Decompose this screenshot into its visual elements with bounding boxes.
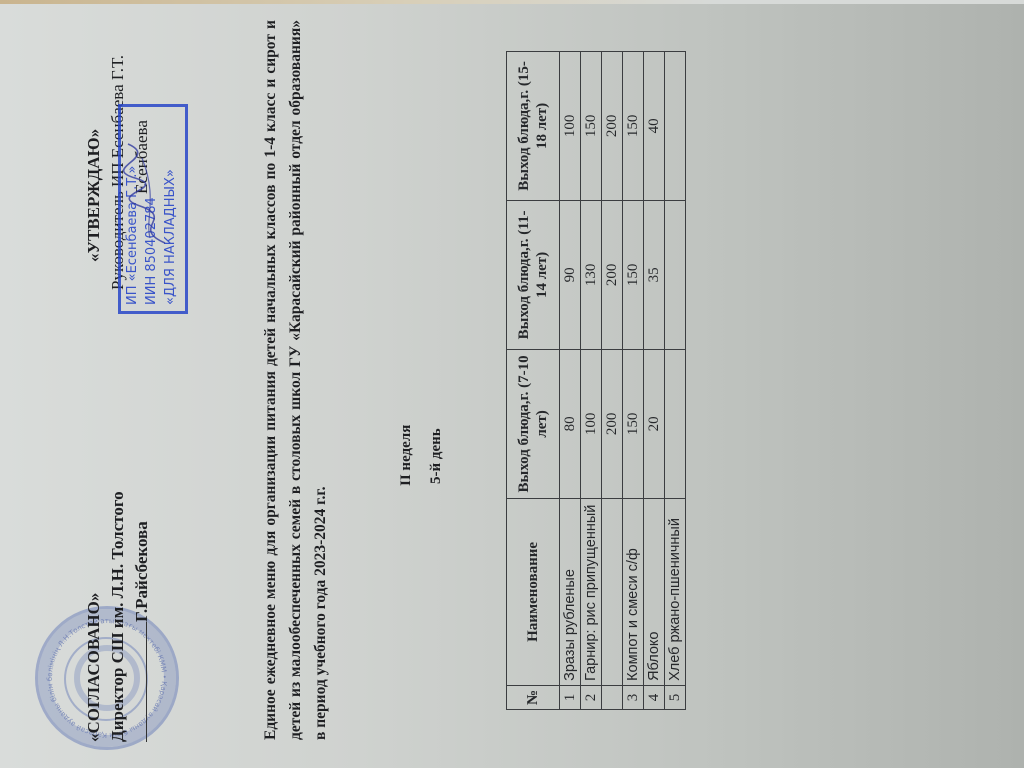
table-row: 200200200 [602, 51, 623, 709]
row-num: 5 [665, 685, 686, 709]
table-row: 5Хлеб ржано-пшеничный [665, 51, 686, 709]
row-val-15-18: 40 [644, 51, 665, 200]
menu-table: № Наименование Выход блюда,г. (7-10 лет)… [506, 51, 686, 710]
row-val-11-14 [665, 200, 686, 349]
row-val-7-10: 100 [581, 349, 602, 498]
col-header-name: Наименование [507, 498, 560, 685]
menu-title: Единое ежедневное меню для организации п… [258, 20, 333, 740]
row-num: 4 [644, 685, 665, 709]
table-header-row: № Наименование Выход блюда,г. (7-10 лет)… [507, 51, 560, 709]
col-header-15-18: Выход блюда,г. (15-18 лет) [507, 51, 560, 200]
row-val-15-18 [665, 51, 686, 200]
agreed-position: Директор СШ им. Л.Н. Толстого [106, 491, 130, 742]
row-num: 2 [581, 685, 602, 709]
agreed-signer-line: Г.Райсбекова [130, 491, 154, 742]
signature-scribble [120, 138, 180, 248]
row-val-7-10 [665, 349, 686, 498]
agreed-signer: Г.Райсбекова [132, 521, 151, 622]
approve-label: «УТВЕРЖДАЮ» [82, 55, 106, 290]
row-num: 1 [560, 685, 581, 709]
row-val-11-14: 90 [560, 200, 581, 349]
row-name [602, 498, 623, 685]
row-num: 3 [623, 685, 644, 709]
table-row: 1Зразы рубленые8090100 [560, 51, 581, 709]
row-val-11-14: 35 [644, 200, 665, 349]
col-header-7-10: Выход блюда,г. (7-10 лет) [507, 349, 560, 498]
row-val-7-10: 200 [602, 349, 623, 498]
row-val-11-14: 200 [602, 200, 623, 349]
row-name: Компот и смеси с/ф [623, 498, 644, 685]
row-val-11-14: 150 [623, 200, 644, 349]
row-name: Хлеб ржано-пшеничный [665, 498, 686, 685]
document-page: Қарасай ауданы білім бөлімінің Л.Н.Толст… [0, 0, 1024, 768]
day-label: 5-й день [428, 428, 445, 484]
row-val-7-10: 150 [623, 349, 644, 498]
row-num [602, 685, 623, 709]
col-header-num: № [507, 685, 560, 709]
row-name: Гарнир: рис припущенный [581, 498, 602, 685]
row-val-15-18: 100 [560, 51, 581, 200]
row-name: Зразы рубленые [560, 498, 581, 685]
approval-left: «СОГЛАСОВАНО» Директор СШ им. Л.Н. Толст… [82, 491, 154, 742]
row-name: Яблоко [644, 498, 665, 685]
row-val-15-18: 150 [581, 51, 602, 200]
row-val-11-14: 130 [581, 200, 602, 349]
week-label: II неделя [398, 425, 415, 486]
row-val-7-10: 80 [560, 349, 581, 498]
row-val-7-10: 20 [644, 349, 665, 498]
signature-line [132, 622, 147, 742]
table-row: 4Яблоко203540 [644, 51, 665, 709]
table-row: 3Компот и смеси с/ф150150150 [623, 51, 644, 709]
row-val-15-18: 200 [602, 51, 623, 200]
agreed-label: «СОГЛАСОВАНО» [82, 491, 106, 742]
table-row: 2Гарнир: рис припущенный100130150 [581, 51, 602, 709]
col-header-11-14: Выход блюда,г. (11-14 лет) [507, 200, 560, 349]
row-val-15-18: 150 [623, 51, 644, 200]
